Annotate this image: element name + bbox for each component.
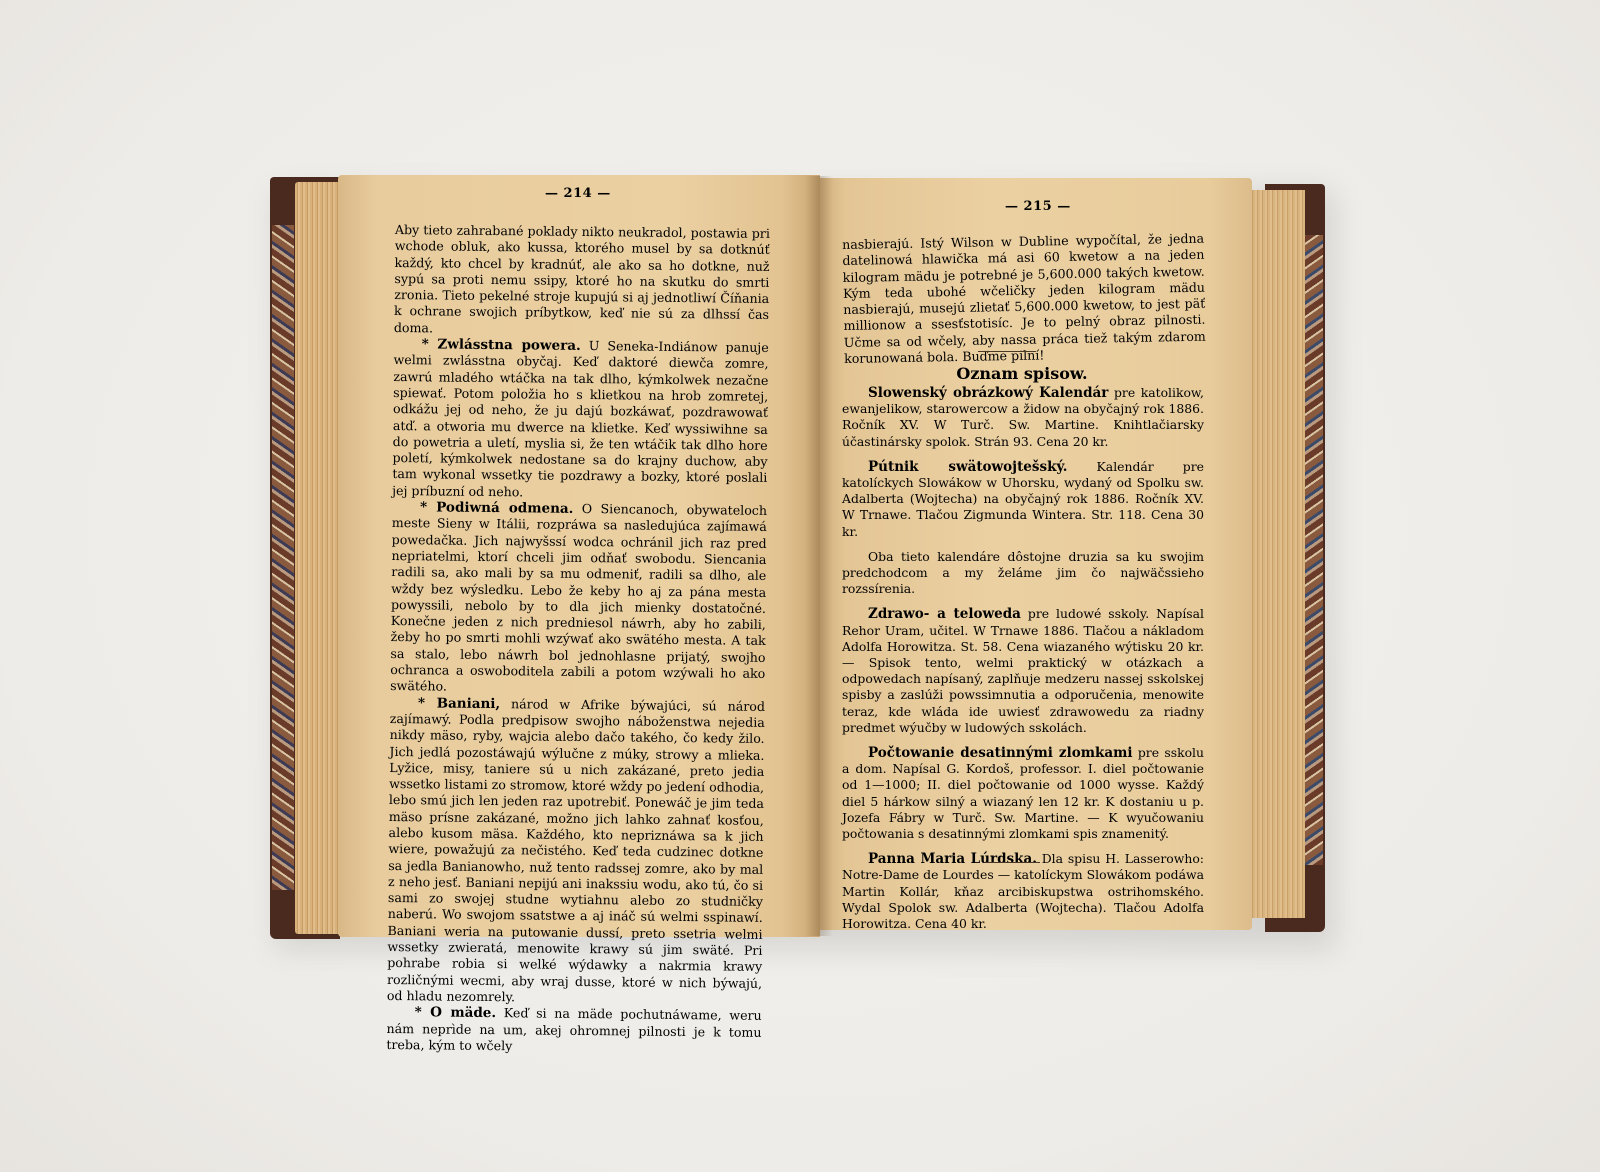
- paragraph-text: U Seneka-Indiánow panuje welmi zwlásstna…: [392, 338, 769, 499]
- paragraph-heading: * Baniani,: [418, 695, 500, 712]
- entry-text: pre ludowé sskoly. Napísal Rehor Uram, u…: [842, 606, 1204, 734]
- announcement-entry: Panna Maria Lúrdska. Dla spisu H. Lasser…: [842, 851, 1204, 932]
- divider-rule-bottom: [985, 862, 1040, 863]
- announcement-entry: Slowenský obrázkowý Kalendár pre katolik…: [842, 385, 1204, 450]
- section-title: Oznam spisow.: [842, 364, 1202, 383]
- entry-title: Zdrawo- a telowedа: [868, 606, 1021, 622]
- left-page-text: Aby tieto zahrabané poklady nikto neukra…: [386, 222, 770, 1057]
- paragraph: * Zwlásstna powera. U Seneka-Indiánow pa…: [392, 336, 769, 503]
- paragraph: Aby tieto zahrabané poklady nikto neukra…: [394, 222, 770, 340]
- divider-rule-top: [978, 351, 1036, 352]
- paragraph: * O mäde. Keď si na mäde pochutnáwame, w…: [386, 1004, 761, 1057]
- page-stack-right: [1250, 190, 1305, 918]
- paragraph: * Baniani, národ w Afrike býwajúci, sú n…: [387, 695, 765, 1009]
- marbled-edge-left: [272, 225, 294, 890]
- marbled-edge-right: [1305, 235, 1323, 865]
- announcement-entry: Zdrawo- a telowedа pre ludowé sskoly. Na…: [842, 606, 1204, 736]
- entry-title: Počtowanie desatinnými zlomkami: [868, 745, 1133, 761]
- paragraph-text: Aby tieto zahrabané poklady nikto neukra…: [394, 222, 770, 335]
- paragraph-heading: * O mäde.: [415, 1005, 497, 1022]
- paragraph-text: O Siencanoch, obywateloch meste Sieny w …: [390, 501, 767, 694]
- page-number-right: — 215 —: [1005, 199, 1071, 214]
- page-number-left: — 214 —: [545, 186, 611, 201]
- entry-title: Pútnik swätowojtešský.: [868, 459, 1067, 475]
- entry-text: Oba tieto kalendáre dôstojne druzia sa k…: [842, 549, 1204, 596]
- entry-title: Panna Maria Lúrdska.: [868, 851, 1037, 867]
- announcement-entry: Pútnik swätowojtešský. Kalendár pre kato…: [842, 459, 1204, 540]
- paragraph-text: národ w Afrike býwajúci, sú národ zajíma…: [387, 696, 765, 1004]
- book-gutter: [805, 176, 833, 936]
- paragraph-heading: * Podiwná odmena.: [420, 499, 574, 517]
- paragraph-heading: * Zwlásstna powera.: [422, 336, 581, 354]
- announcement-entry: Počtowanie desatinnými zlomkami pre ssko…: [842, 745, 1204, 842]
- right-page-continuation: nasbierajú. Istý Wilson w Dubline wypočí…: [842, 231, 1206, 368]
- entry-title: Slowenský obrázkowý Kalendár: [868, 385, 1108, 401]
- announcement-list: Slowenský obrázkowý Kalendár pre katolik…: [842, 385, 1204, 941]
- paragraph: * Podiwná odmena. O Siencanoch, obywatel…: [390, 499, 767, 698]
- announcement-entry: Oba tieto kalendáre dôstojne druzia sa k…: [842, 549, 1204, 598]
